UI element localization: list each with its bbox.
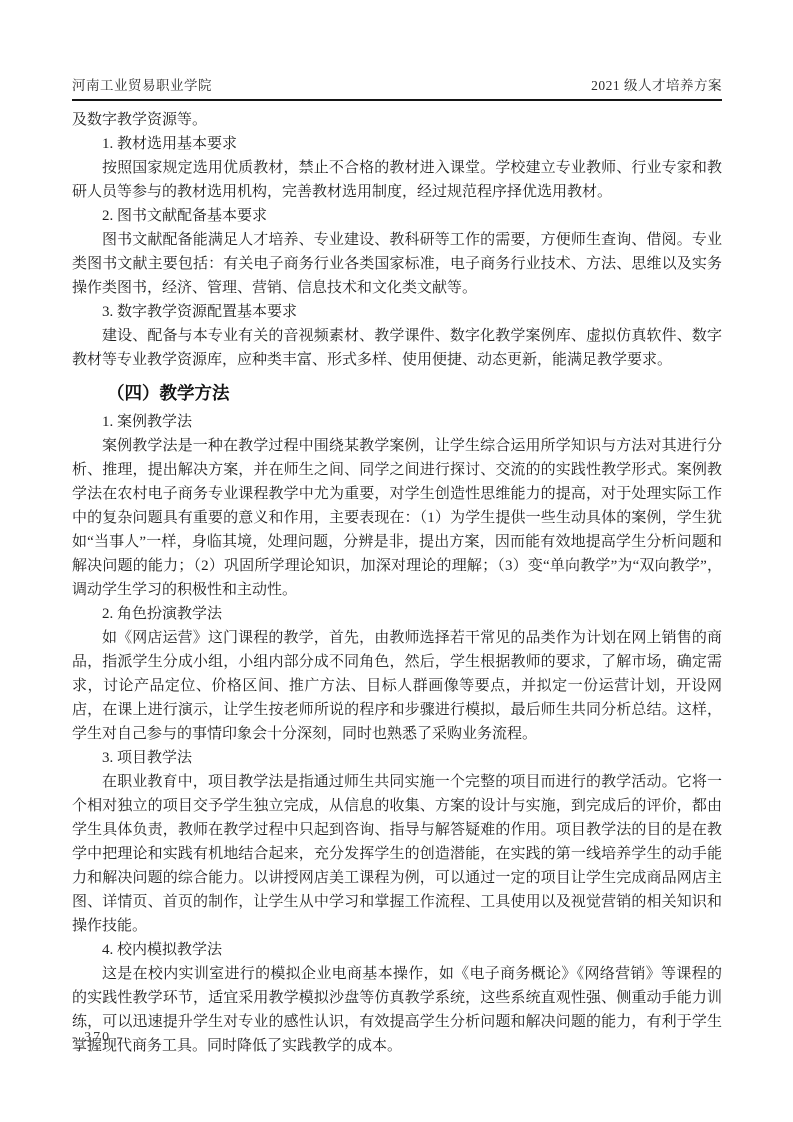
list-item-heading: 2. 角色扮演教学法 — [72, 602, 722, 626]
list-item-heading: 4. 校内模拟教学法 — [72, 938, 722, 962]
body-paragraph: 按照国家规定选用优质教材，禁止不合格的教材进入课堂。学校建立专业教师、行业专家和… — [72, 156, 722, 204]
document-page: 河南工业贸易职业学院 2021 级人才培养方案 及数字教学资源等。 1. 教材选… — [0, 0, 793, 1122]
header-plan-title: 2021 级人才培养方案 — [591, 74, 722, 94]
body-paragraph: 如《网店运营》这门课程的教学，首先，由教师选择若干常见的品类作为计划在网上销售的… — [72, 626, 722, 746]
header-school-name: 河南工业贸易职业学院 — [72, 74, 212, 94]
list-item-heading: 3. 项目教学法 — [72, 746, 722, 770]
list-item-heading: 2. 图书文献配备基本要求 — [72, 204, 722, 228]
list-item-heading: 1. 教材选用基本要求 — [72, 132, 722, 156]
body-paragraph: 及数字教学资源等。 — [72, 108, 722, 132]
body-paragraph: 在职业教育中，项目教学法是指通过师生共同实施一个完整的项目而进行的教学活动。它将… — [72, 770, 722, 938]
body-paragraph: 图书文献配备能满足人才培养、专业建设、教科研等工作的需要，方便师生查询、借阅。专… — [72, 228, 722, 300]
body-paragraph: 这是在校内实训室进行的模拟企业电商基本操作，如《电子商务概论》《网络营销》等课程… — [72, 962, 722, 1058]
page-header: 河南工业贸易职业学院 2021 级人才培养方案 — [72, 74, 722, 101]
section-heading: （四）教学方法 — [72, 379, 722, 407]
body-paragraph: 建设、配备与本专业有关的音视频素材、教学课件、数字化教学案例库、虚拟仿真软件、数… — [72, 324, 722, 372]
body-paragraph: 案例教学法是一种在教学过程中围绕某教学案例，让学生综合运用所学知识与方法对其进行… — [72, 434, 722, 602]
list-item-heading: 1. 案例教学法 — [72, 410, 722, 434]
document-body: 及数字教学资源等。 1. 教材选用基本要求 按照国家规定选用优质教材，禁止不合格… — [72, 108, 722, 1058]
list-item-heading: 3. 数字教学资源配置基本要求 — [72, 300, 722, 324]
page-number: - 370 - — [72, 1030, 123, 1046]
